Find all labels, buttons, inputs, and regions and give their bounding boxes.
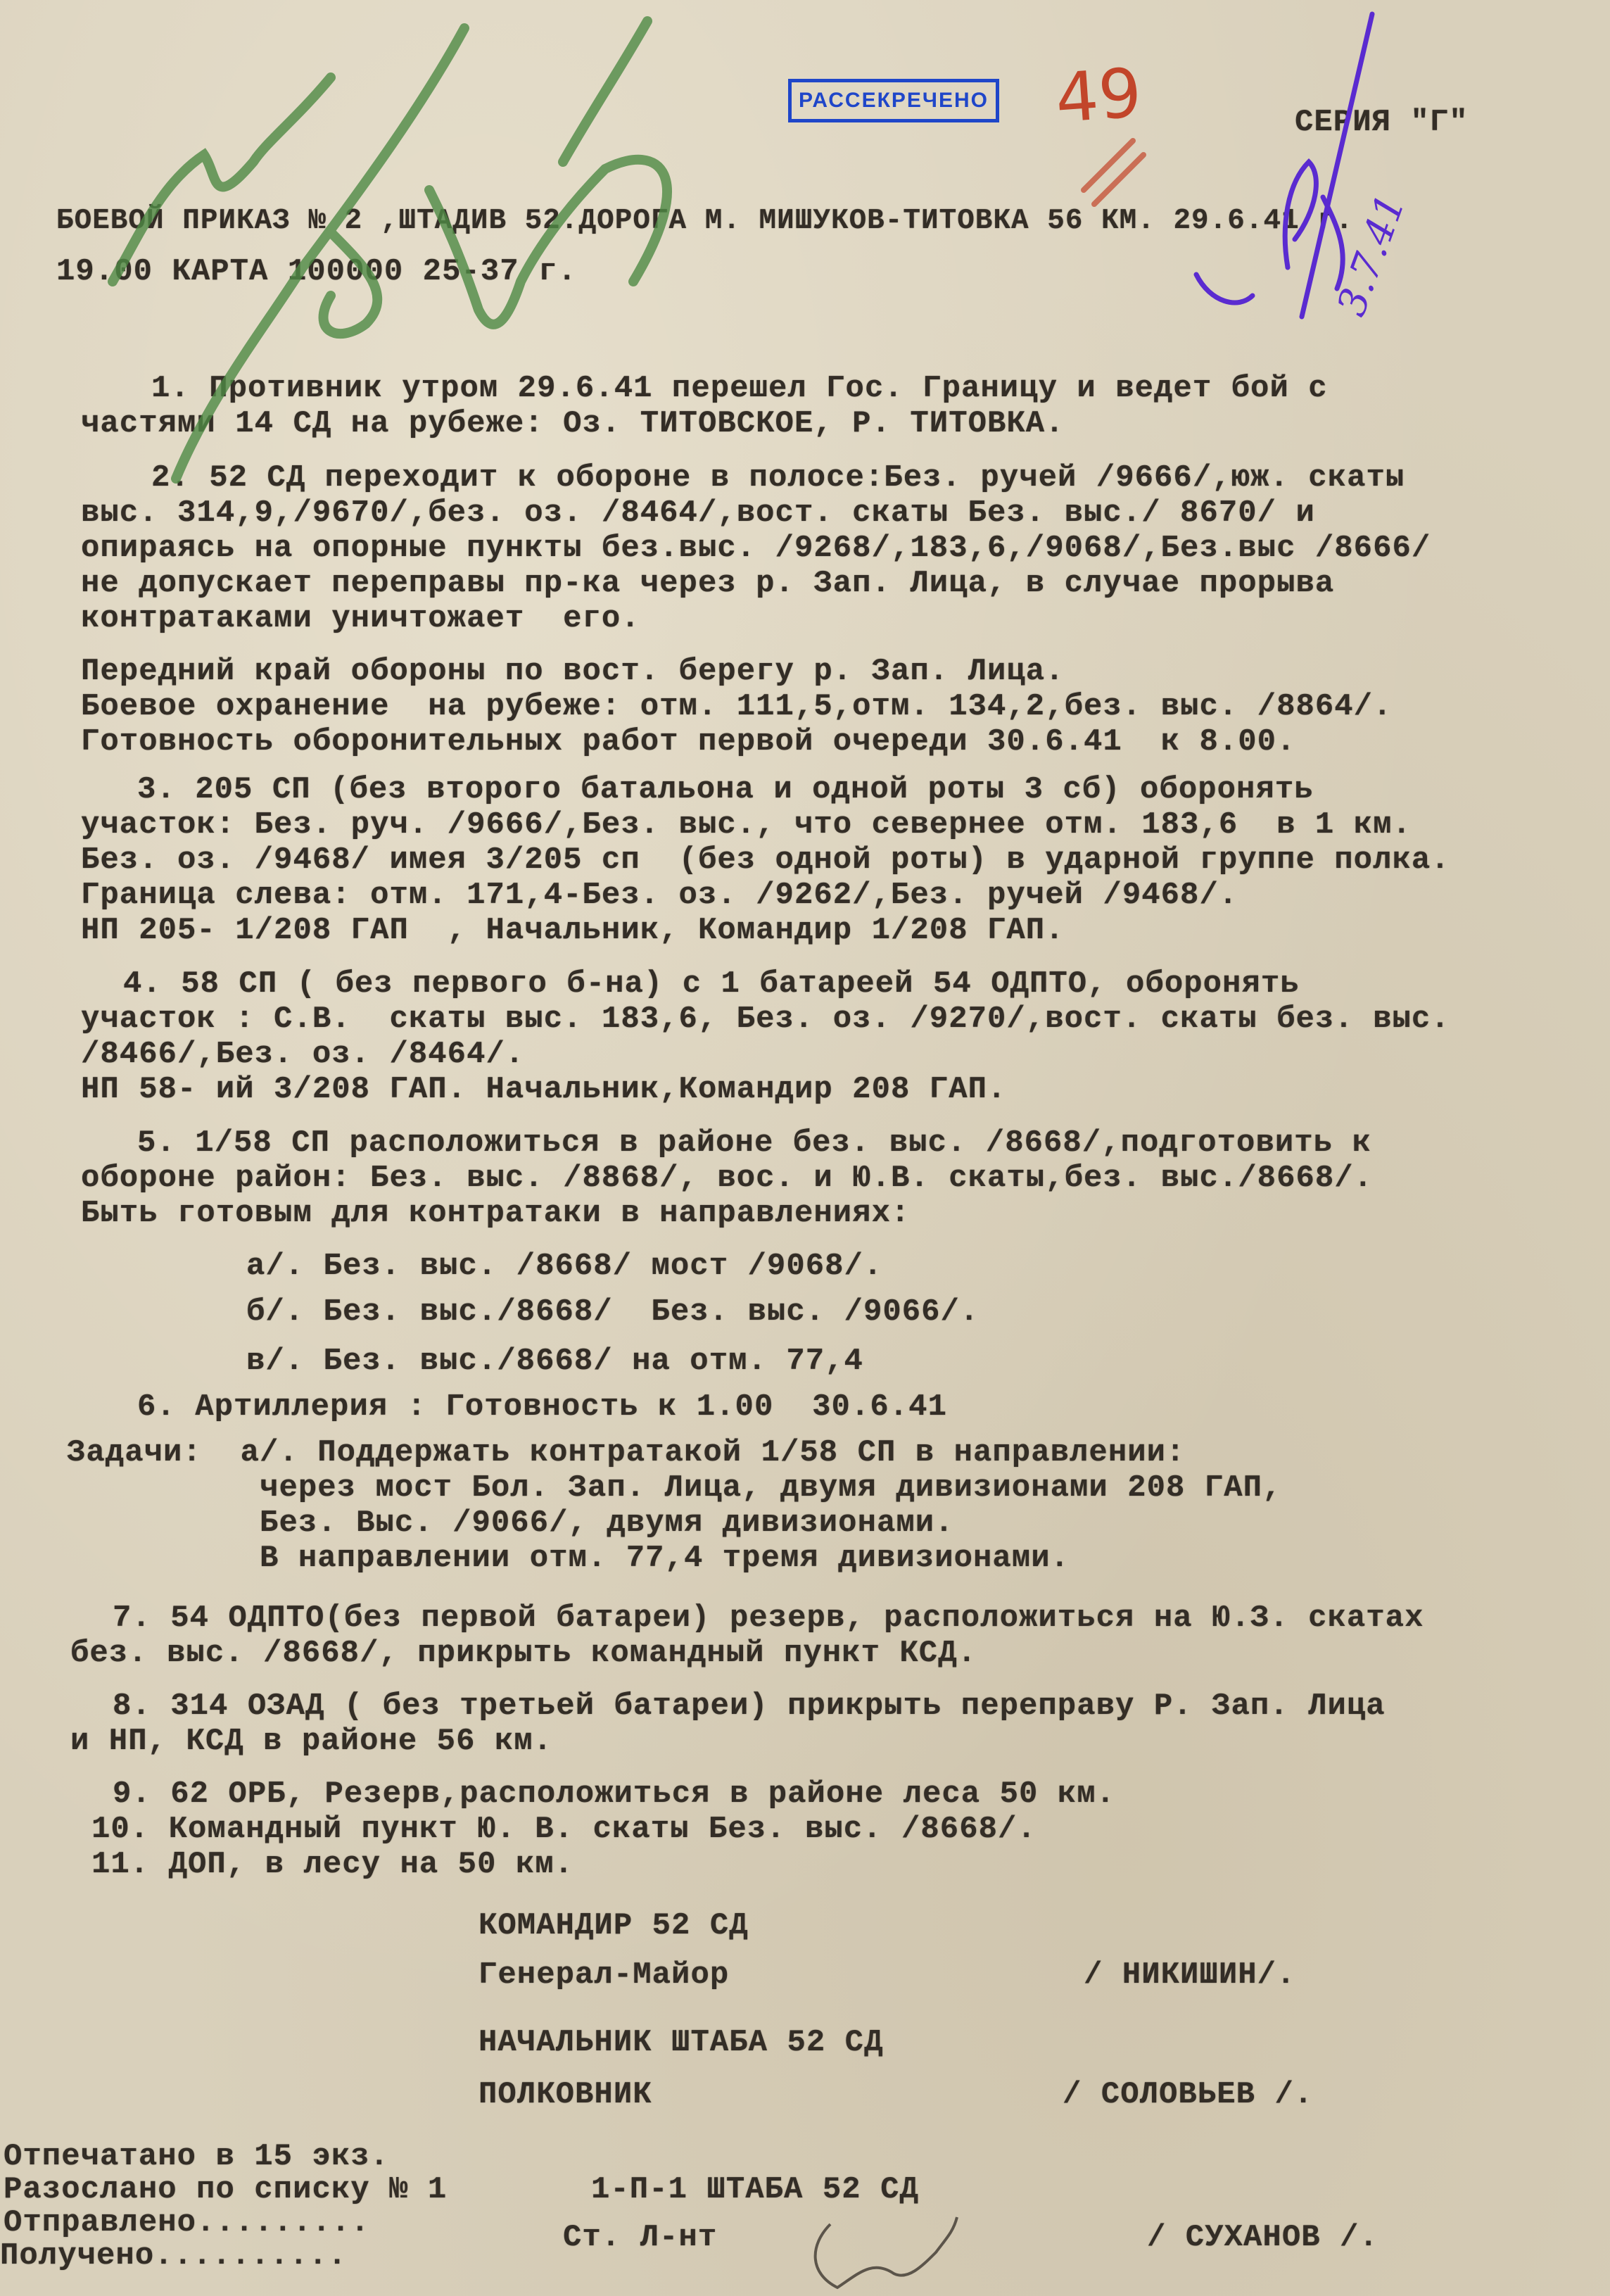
order-header-line1: БОЕВОЙ ПРИКАЗ № 2 ,ШТАДИВ 52.ДОРОГА М. М… <box>56 204 1354 238</box>
order-header-line2: 19.00 КАРТА 100000 25-37 г. <box>56 255 577 289</box>
series-label: СЕРИЯ "Г" <box>1295 106 1469 139</box>
red-pencil-underline-icon <box>1084 141 1143 204</box>
declassified-stamp: РАССЕКРЕЧЕНО <box>788 79 999 122</box>
archive-number: 49 <box>1053 53 1144 138</box>
officer-signature-icon <box>816 2217 957 2288</box>
